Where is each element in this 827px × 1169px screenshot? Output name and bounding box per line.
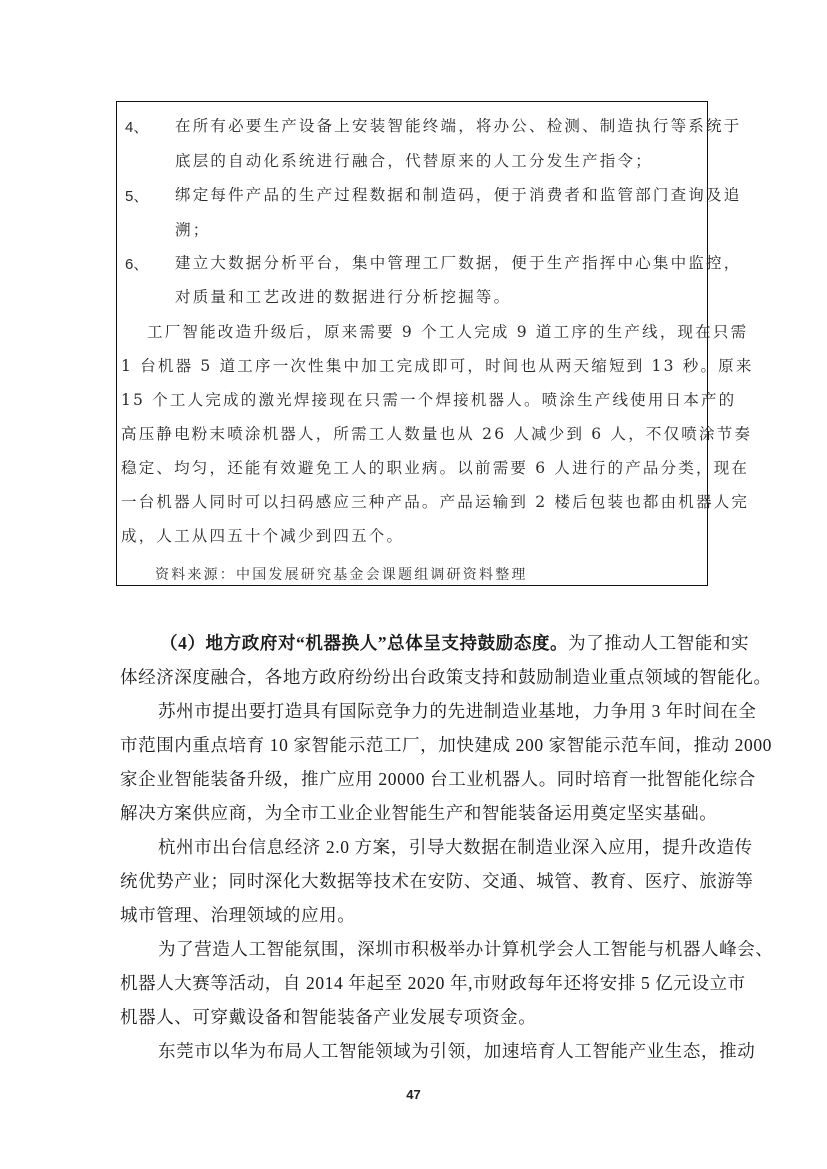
section-heading: （4）地方政府对“机器换人”总体呈支持鼓励态度。为了推动人工智能和实 — [160, 630, 749, 655]
paragraph-line: 杭州市出台信息经济 2.0 方案，引导大数据在制造业深入应用，提升改造传 — [158, 834, 753, 859]
list-item-text: 底层的自动化系统进行融合，代替原来的人工分发生产指令； — [175, 149, 653, 171]
list-item-text: 建立大数据分析平台，集中管理工厂数据，便于生产指挥中心集中监控， — [175, 251, 741, 273]
list-item-text: 溯； — [175, 218, 210, 240]
paragraph-line: 家企业智能装备升级，推广应用 20000 台工业机器人。同时培育一批智能化综合 — [120, 766, 756, 791]
box-paragraph-line: 1 台机器 5 道工序一次性集中加工完成即可，时间也从两天缩短到 13 秒。原来 — [121, 354, 754, 376]
section-heading-bold: （4）地方政府对“机器换人”总体呈支持鼓励态度。 — [160, 633, 568, 653]
paragraph-line: 东莞市以华为布局人工智能领域为引领，加速培育人工智能产业生态，推动 — [158, 1038, 755, 1063]
box-paragraph-line: 15 个工人完成的激光焊接现在只需一个焊接机器人。喷涂生产线使用日本产的 — [121, 388, 736, 410]
list-number: 5、 — [125, 185, 148, 206]
box-paragraph-line: 高压静电粉末喷涂机器人，所需工人数量也从 26 人减少到 6 人，不仅喷涂节奏 — [121, 422, 752, 444]
paragraph-line: 统优势产业；同时深化大数据等技术在安防、交通、城管、教育、医疗、旅游等 — [120, 868, 754, 893]
box-paragraph-line: 稳定、均匀，还能有效避免工人的职业病。以前需要 6 人进行的产品分类，现在 — [121, 456, 749, 478]
list-number: 4、 — [125, 116, 148, 137]
box-paragraph-line: 工厂智能改造升级后，原来需要 9 个工人完成 9 道工序的生产线，现在只需 — [147, 320, 748, 342]
list-item-text: 在所有必要生产设备上安装智能终端，将办公、检测、制造执行等系统于 — [175, 114, 741, 136]
source-note: 资料来源：中国发展研究基金会课题组调研资料整理 — [155, 564, 528, 584]
box-paragraph-line: 一台机器人同时可以扫码感应三种产品。产品运输到 2 楼后包装也都由机器人完 — [121, 490, 749, 512]
section-heading-rest: 为了推动人工智能和实 — [568, 633, 749, 653]
section-heading-line2: 体经济深度融合，各地方政府纷纷出台政策支持和鼓励制造业重点领域的智能化。 — [120, 664, 772, 689]
paragraph-line: 市范围内重点培育 10 家智能示范工厂，加快建成 200 家智能示范车间，推动 … — [120, 732, 772, 757]
box-paragraph-line: 成，人工从四五十个减少到四五个。 — [121, 524, 404, 546]
list-number: 6、 — [125, 253, 148, 274]
paragraph-line: 苏州市提出要打造具有国际竞争力的先进制造业基地，力争用 3 年时间在全 — [158, 698, 757, 723]
list-item-text: 对质量和工艺改进的数据进行分析挖掘等。 — [175, 285, 511, 307]
paragraph-line: 为了营造人工智能氛围，深圳市积极举办计算机学会人工智能与机器人峰会、 — [158, 936, 773, 961]
paragraph-line: 机器人大赛等活动，自 2014 年起至 2020 年,市财政每年还将安排 5 亿… — [120, 970, 746, 995]
paragraph-line: 城市管理、治理领域的应用。 — [120, 902, 355, 927]
list-item-text: 绑定每件产品的生产过程数据和制造码，便于消费者和监管部门查询及追 — [175, 183, 741, 205]
page-number: 47 — [0, 1087, 827, 1102]
case-study-box: 4、 在所有必要生产设备上安装智能终端，将办公、检测、制造执行等系统于 底层的自… — [116, 101, 708, 586]
paragraph-line: 解决方案供应商，为全市工业企业智能生产和智能装备运用奠定坚实基础。 — [120, 800, 717, 825]
paragraph-line: 机器人、可穿戴设备和智能装备产业发展专项资金。 — [120, 1004, 536, 1029]
